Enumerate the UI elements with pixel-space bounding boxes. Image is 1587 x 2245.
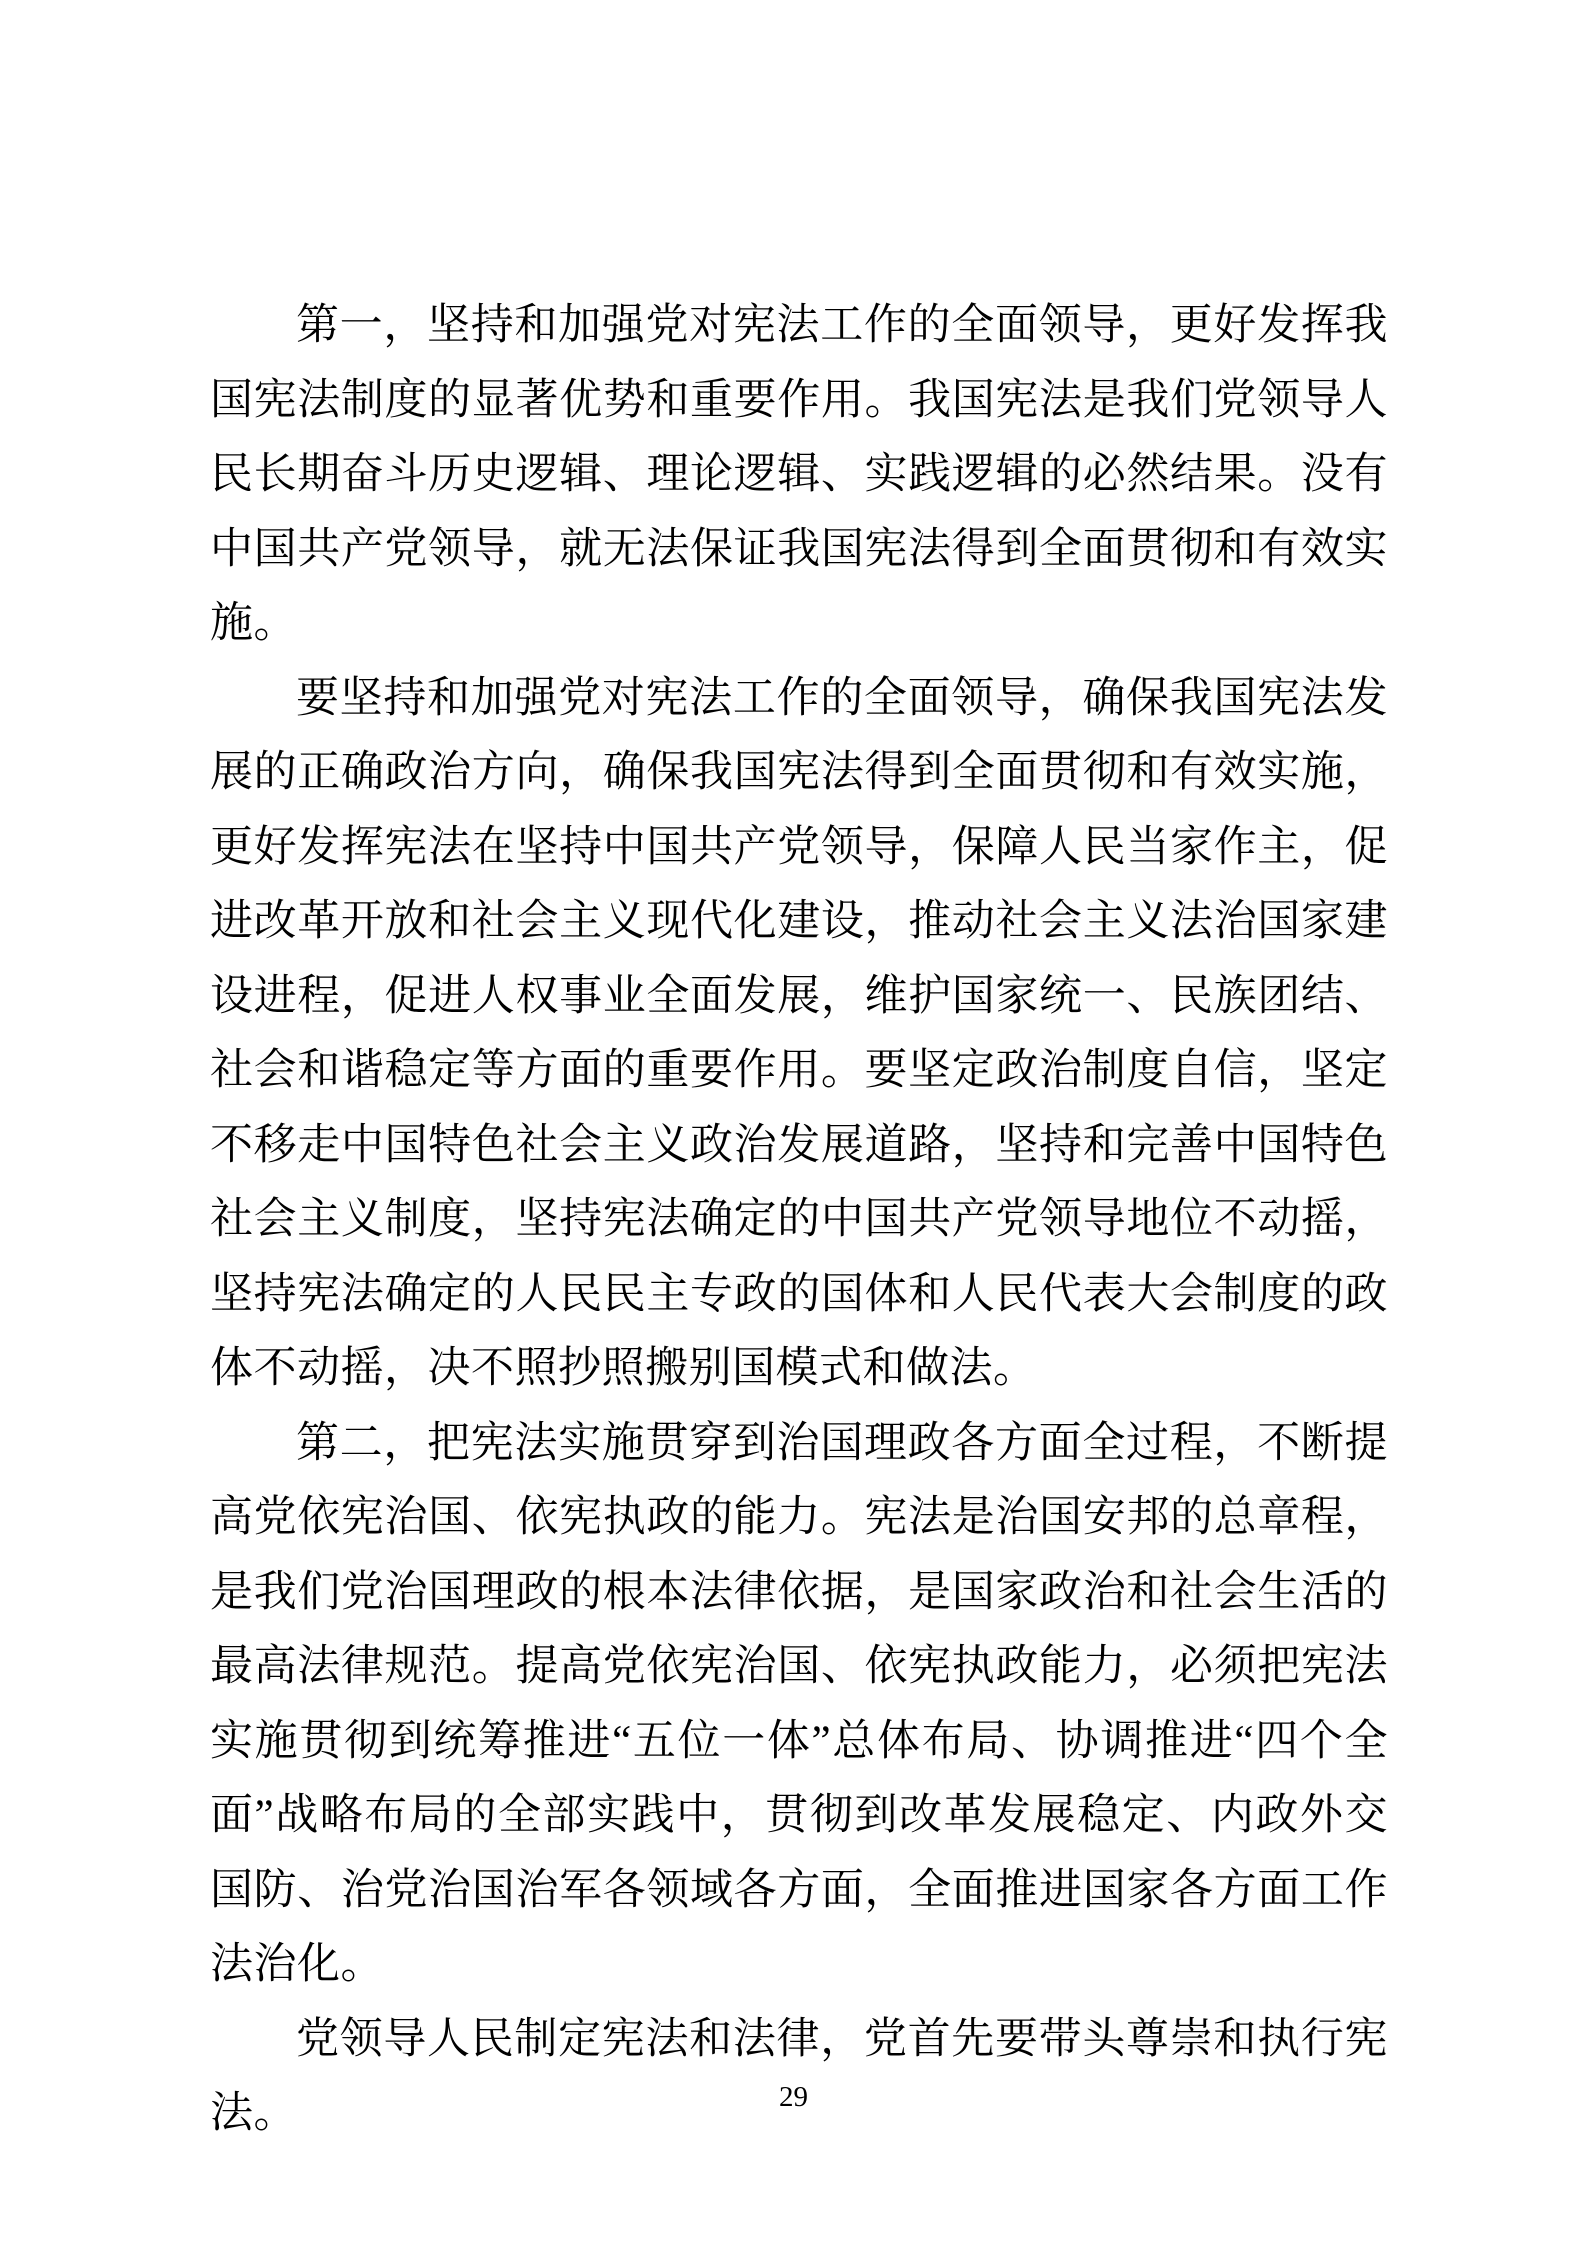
paragraph: 要坚持和加强党对宪法工作的全面领导，确保我国宪法发展的正确政治方向，确保我国宪法… — [210, 662, 1388, 1407]
paragraph: 第一，坚持和加强党对宪法工作的全面领导，更好发挥我国宪法制度的显著优势和重要作用… — [210, 289, 1388, 662]
document-page: 第一，坚持和加强党对宪法工作的全面领导，更好发挥我国宪法制度的显著优势和重要作用… — [0, 0, 1587, 2245]
paragraph: 第二，把宪法实施贯穿到治国理政各方面全过程，不断提高党依宪治国、依宪执政的能力。… — [210, 1407, 1388, 2003]
page-number: 29 — [0, 2080, 1587, 2114]
paragraph: 党领导人民制定宪法和法律，党首先要带头尊崇和执行宪法。 — [210, 2003, 1388, 2152]
document-body: 第一，坚持和加强党对宪法工作的全面领导，更好发挥我国宪法制度的显著优势和重要作用… — [210, 289, 1388, 2152]
